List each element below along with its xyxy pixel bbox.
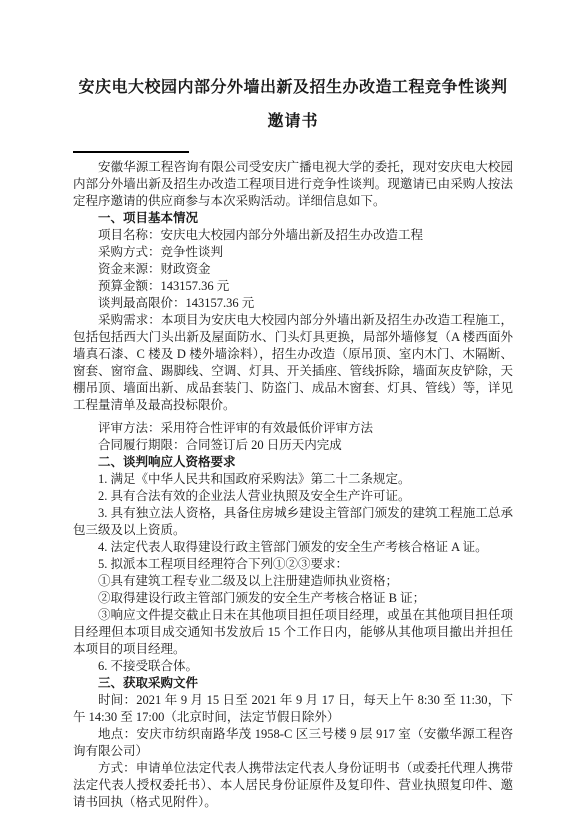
qualification-item-6: 6. 不接受联合体。 <box>73 658 513 675</box>
purchase-method-line: 采购方式：竞争性谈判 <box>73 244 513 261</box>
obtain-place-paragraph: 地点：安庆市纺织南路华茂 1958-C 区三号楼 9 层 917 室（安徽华源工… <box>73 726 513 760</box>
contract-period-line: 合同履行期限：合同签订后 20 日历天内完成 <box>73 437 513 454</box>
document-page: 安庆电大校园内部分外墙出新及招生办改造工程竞争性谈判 邀请书 安徽华源工程咨询有… <box>0 0 575 835</box>
document-subtitle: 邀请书 <box>73 112 513 132</box>
document-title: 安庆电大校园内部分外墙出新及招生办改造工程竞争性谈判 <box>73 78 513 98</box>
obtain-time-paragraph: 时间：2021 年 9 月 15 日至 2021 年 9 月 17 日，每天上午… <box>73 692 513 726</box>
qualification-item-4: 4. 法定代表人取得建设行政主管部门颁发的安全生产考核合格证 A 证。 <box>73 539 513 556</box>
qualification-item-2: 2. 具有合法有效的企业法人营业执照及安全生产许可证。 <box>73 488 513 505</box>
section-2-heading: 二、谈判响应人资格要求 <box>73 454 513 471</box>
review-method-line: 评审方法：采用符合性评审的有效最低价评审方法 <box>73 420 513 437</box>
price-ceiling-line: 谈判最高限价：143157.36 元 <box>73 295 513 312</box>
footnote-rule <box>73 151 189 153</box>
qualification-item-5: 5. 拟派本工程项目经理符合下列①②③要求： <box>73 556 513 573</box>
obtain-mode-paragraph: 方式：申请单位法定代表人携带法定代表人身份证明书（或委托代理人携带法定代表人授权… <box>73 760 513 811</box>
budget-line: 预算金额：143157.36 元 <box>73 278 513 295</box>
intro-paragraph: 安徽华源工程咨询有限公司受安庆广播电视大学的委托，现对安庆电大校园内部分外墙出新… <box>73 159 513 210</box>
requirement-paragraph: 采购需求：本项目为安庆电大校园内部分外墙出新及招生办改造工程施工，包括包括西大门… <box>73 312 513 414</box>
qualification-item-5-sub-2: ②取得建设行政主管部门颁发的安全生产考核合格证 B 证； <box>73 590 513 607</box>
qualification-item-5-sub-3: ③响应文件提交截止日未在其他项目担任项目经理，或虽在其他项目担任项目经理但本项目… <box>73 607 513 658</box>
section-1-heading: 一、项目基本情况 <box>73 210 513 227</box>
fund-source-line: 资金来源：财政资金 <box>73 261 513 278</box>
qualification-item-5-sub-1: ①具有建筑工程专业二级及以上注册建造师执业资格； <box>73 573 513 590</box>
qualification-item-1: 1. 满足《中华人民共和国政府采购法》第二十二条规定。 <box>73 471 513 488</box>
section-3-heading: 三、获取采购文件 <box>73 675 513 692</box>
project-name-line: 项目名称：安庆电大校园内部分外墙出新及招生办改造工程 <box>73 227 513 244</box>
qualification-item-3: 3. 具有独立法人资格，具备住房城乡建设主管部门颁发的建筑工程施工总承包三级及以… <box>73 505 513 539</box>
